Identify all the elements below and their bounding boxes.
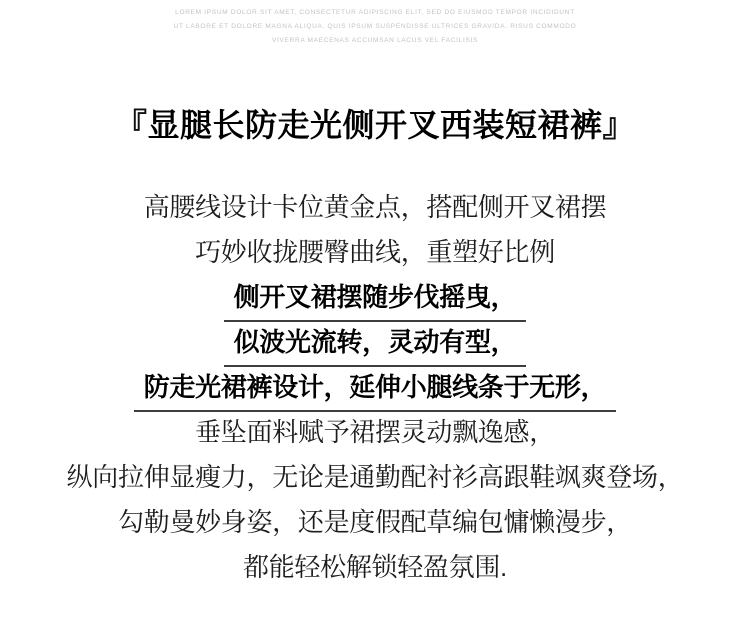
description-line: 防走光裙裤设计，延伸小腿线条于无形，	[0, 363, 750, 408]
description-line-text: 勾勒曼妙身姿，还是度假配草编包慵懒漫步，	[118, 502, 632, 539]
description-line: 侧开叉裙摆随步伐摇曳，	[0, 273, 750, 318]
description-line: 都能轻松解锁轻盈氛围.	[0, 543, 750, 588]
decorative-lorem-note: LOREM IPSUM DOLOR SIT AMET, CONSECTETUR …	[0, 0, 750, 48]
product-description-page: LOREM IPSUM DOLOR SIT AMET, CONSECTETUR …	[0, 0, 750, 625]
description-line-text: 似波光流转，灵动有型，	[224, 322, 527, 367]
description-line-text: 纵向拉伸显瘦力，无论是通勤配衬衫高跟鞋飒爽登场，	[67, 457, 684, 494]
lorem-line: UT LABORE ET DOLORE MAGNA ALIQUA. QUIS I…	[0, 20, 750, 34]
lorem-line: VIVERRA MAECENAS ACCUMSAN LACUS VEL FACI…	[0, 34, 750, 48]
description-line: 纵向拉伸显瘦力，无论是通勤配衬衫高跟鞋飒爽登场，	[0, 453, 750, 498]
product-title: 『显腿长防走光侧开叉西装短裙裤』	[0, 98, 750, 152]
lorem-line: LOREM IPSUM DOLOR SIT AMET, CONSECTETUR …	[0, 6, 750, 20]
description-line: 垂坠面料赋予裙摆灵动飘逸感，	[0, 408, 750, 453]
description-line: 勾勒曼妙身姿，还是度假配草编包慵懒漫步，	[0, 498, 750, 543]
description-line-text: 巧妙收拢腰臀曲线，重塑好比例	[195, 232, 555, 269]
description-line-text: 高腰线设计卡位黄金点，搭配侧开叉裙摆	[144, 187, 607, 224]
description-line: 似波光流转，灵动有型，	[0, 318, 750, 363]
description-line-text: 都能轻松解锁轻盈氛围.	[243, 547, 507, 584]
description-line: 高腰线设计卡位黄金点，搭配侧开叉裙摆	[0, 183, 750, 228]
description-line: 巧妙收拢腰臀曲线，重塑好比例	[0, 228, 750, 273]
title-close-bracket-icon: 』	[603, 107, 636, 143]
description-line-text: 防走光裙裤设计，延伸小腿线条于无形，	[134, 367, 617, 412]
description-line-text: 侧开叉裙摆随步伐摇曳，	[224, 277, 527, 322]
product-title-text: 显腿长防走光侧开叉西装短裙裤	[147, 107, 602, 143]
title-open-bracket-icon: 『	[115, 107, 148, 143]
description-line-text: 垂坠面料赋予裙摆灵动飘逸感，	[195, 412, 555, 449]
description-block: 高腰线设计卡位黄金点，搭配侧开叉裙摆 巧妙收拢腰臀曲线，重塑好比例 侧开叉裙摆随…	[0, 183, 750, 588]
